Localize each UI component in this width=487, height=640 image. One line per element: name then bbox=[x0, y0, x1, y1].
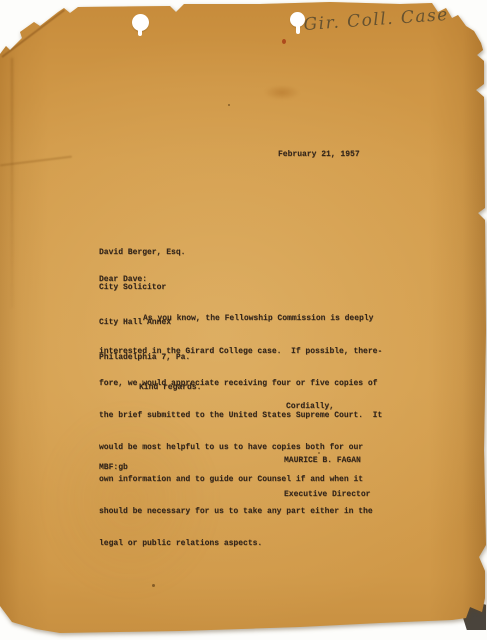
stain bbox=[264, 85, 300, 100]
signature-title: Executive Director bbox=[284, 489, 370, 500]
valediction: Cordially, bbox=[286, 402, 334, 413]
fold-crease-top-left bbox=[1, 9, 64, 58]
body-line: As you know, the Fellowship Commission i… bbox=[99, 314, 399, 325]
paper-speck bbox=[152, 584, 155, 587]
fold-crease-left-edge bbox=[11, 58, 13, 308]
scanned-letter-page: Gir. Coll. Case February 21, 1957 David … bbox=[0, 0, 487, 640]
signature-block: MAURICE B. FAGAN Executive Director bbox=[284, 433, 370, 523]
letter-date: February 21, 1957 bbox=[278, 150, 360, 161]
body-line: legal or public relations aspects. bbox=[99, 539, 399, 550]
body-line: interested in the Girard College case. I… bbox=[99, 347, 399, 358]
handwritten-note: Gir. Coll. Case bbox=[298, 0, 473, 48]
closing-phrase: Kind regards. bbox=[139, 383, 201, 394]
paper-speck bbox=[228, 104, 230, 106]
salutation: Dear Dave: bbox=[99, 275, 147, 286]
recipient-name: David Berger, Esq. bbox=[99, 247, 190, 259]
body-line: the brief submitted to the United States… bbox=[99, 411, 399, 422]
rust-spot bbox=[282, 39, 286, 44]
reference-initials: MBF:gb bbox=[99, 463, 128, 474]
handwritten-note-text: Gir. Coll. Case bbox=[303, 5, 449, 35]
signature-name: MAURICE B. FAGAN bbox=[284, 455, 370, 466]
punch-hole-left bbox=[132, 14, 149, 31]
